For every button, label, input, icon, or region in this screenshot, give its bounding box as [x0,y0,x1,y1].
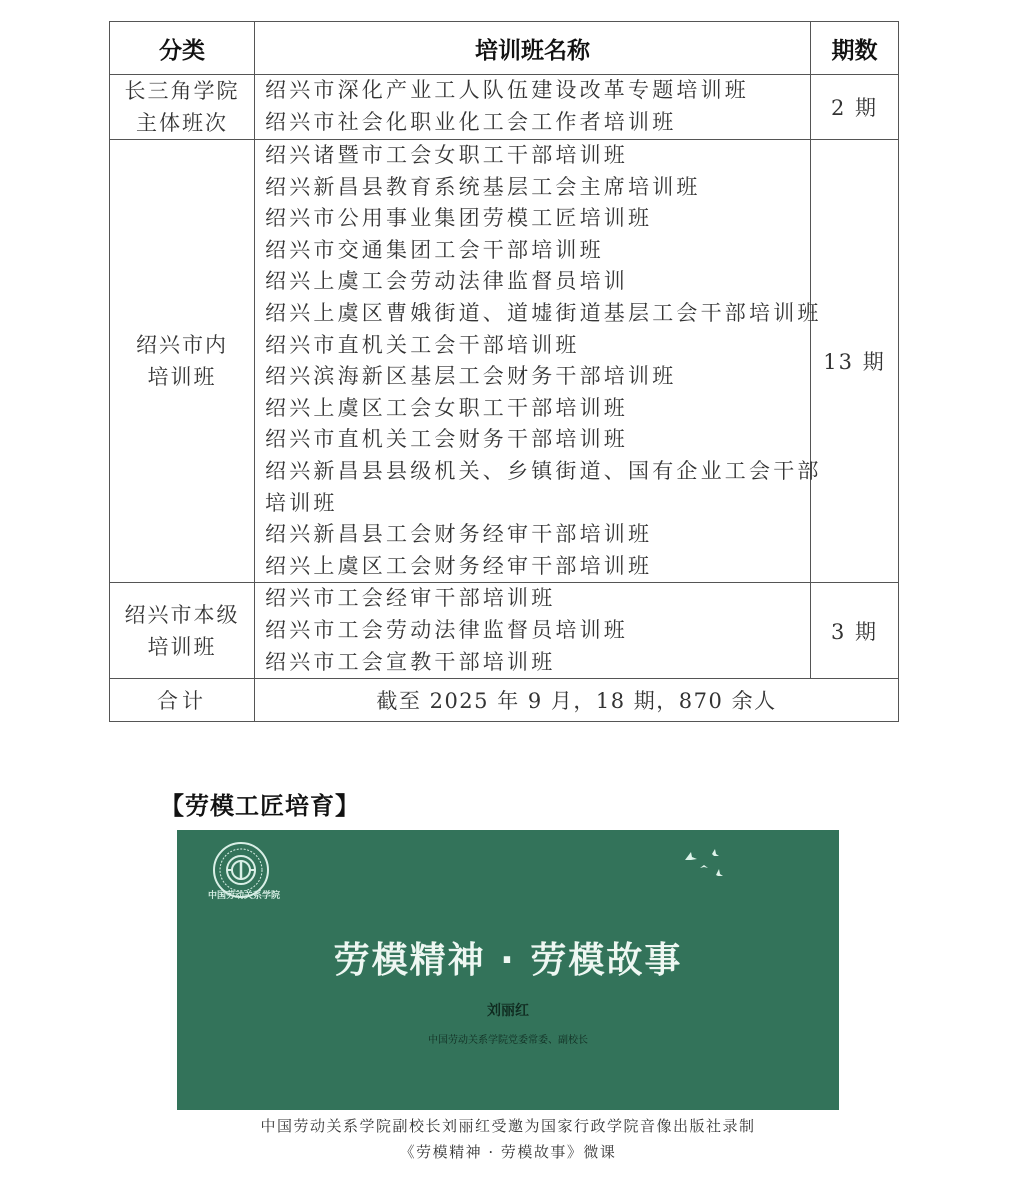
category-line: 绍兴市内 [110,329,254,361]
header-category: 分类 [110,22,255,75]
class-name: 绍兴滨海新区基层工会财务干部培训班 [265,361,810,393]
category-line: 绍兴市本级 [110,599,254,631]
class-name: 绍兴市深化产业工人队伍建设改革专题培训班 [265,75,810,107]
class-name: 绍兴市工会经审干部培训班 [265,583,810,615]
class-name: 绍兴市工会劳动法律监督员培训班 [265,615,810,647]
class-name: 绍兴市工会宣教干部培训班 [265,647,810,679]
class-name: 绍兴上虞区曹娥街道、道墟街道基层工会干部培训班 [265,298,810,330]
session-count-cell: 2 期 [811,75,899,140]
slide-title: 劳模精神 · 劳模故事 [177,932,839,983]
total-row: 合计 截至 2025 年 9 月，18 期，870 余人 [110,679,899,722]
class-names-cell: 绍兴市工会经审干部培训班 绍兴市工会劳动法律监督员培训班 绍兴市工会宣教干部培训… [255,583,811,679]
class-name: 绍兴市公用事业集团劳模工匠培训班 [265,203,810,235]
category-cell: 绍兴市本级 培训班 [110,583,255,679]
class-name: 绍兴市交通集团工会干部培训班 [265,235,810,267]
session-count-cell: 13 期 [811,140,899,583]
category-line: 培训班 [110,631,254,663]
slide-author-role: 中国劳动关系学院党委常委、副校长 [177,1031,839,1046]
slide-author: 刘丽红 [177,1000,839,1020]
session-count-cell: 3 期 [811,583,899,679]
training-classes-table: 分类 培训班名称 期数 长三角学院 主体班次 绍兴市深化产业工人队伍建设改革专题… [109,21,899,722]
section-title: 【劳模工匠培育】 [160,786,360,821]
image-caption-line-2: 《劳模精神 · 劳模故事》微课 [0,1141,1016,1162]
total-label: 合计 [110,679,255,722]
total-value: 截至 2025 年 9 月，18 期，870 余人 [255,679,899,722]
header-class-name: 培训班名称 [255,22,811,75]
class-name: 培训班 [265,488,810,520]
class-name: 绍兴新昌县工会财务经审干部培训班 [265,519,810,551]
category-cell: 长三角学院 主体班次 [110,75,255,140]
header-session-count: 期数 [811,22,899,75]
class-name: 绍兴上虞区工会财务经审干部培训班 [265,551,810,583]
image-caption-line-1: 中国劳动关系学院副校长刘丽红受邀为国家行政学院音像出版社录制 [0,1115,1016,1136]
class-name: 绍兴诸暨市工会女职工干部培训班 [265,140,810,172]
category-line: 主体班次 [110,107,254,139]
table-header-row: 分类 培训班名称 期数 [110,22,899,75]
class-name: 绍兴市直机关工会干部培训班 [265,330,810,362]
class-name: 绍兴上虞工会劳动法律监督员培训 [265,266,810,298]
class-name: 绍兴新昌县县级机关、乡镇街道、国有企业工会干部 [265,456,810,488]
college-logo-text: 中国劳动关系学院 [189,888,299,901]
category-line: 长三角学院 [110,75,254,107]
class-names-cell: 绍兴市深化产业工人队伍建设改革专题培训班 绍兴市社会化职业化工会工作者培训班 [255,75,811,140]
category-cell: 绍兴市内 培训班 [110,140,255,583]
class-name: 绍兴市直机关工会财务干部培训班 [265,424,810,456]
category-line: 培训班 [110,361,254,393]
lecture-slide-image: 中国劳动关系学院 劳模精神 · 劳模故事 刘丽红 中国劳动关系学院党委常委、副校… [177,830,839,1110]
class-name: 绍兴上虞区工会女职工干部培训班 [265,393,810,425]
table-row: 绍兴市本级 培训班 绍兴市工会经审干部培训班 绍兴市工会劳动法律监督员培训班 绍… [110,583,899,679]
class-name: 绍兴新昌县教育系统基层工会主席培训班 [265,172,810,204]
table-row: 长三角学院 主体班次 绍兴市深化产业工人队伍建设改革专题培训班 绍兴市社会化职业… [110,75,899,140]
flying-birds-icon [682,848,732,886]
table-row: 绍兴市内 培训班 绍兴诸暨市工会女职工干部培训班 绍兴新昌县教育系统基层工会主席… [110,140,899,583]
class-names-cell: 绍兴诸暨市工会女职工干部培训班 绍兴新昌县教育系统基层工会主席培训班 绍兴市公用… [255,140,811,583]
class-name: 绍兴市社会化职业化工会工作者培训班 [265,107,810,139]
